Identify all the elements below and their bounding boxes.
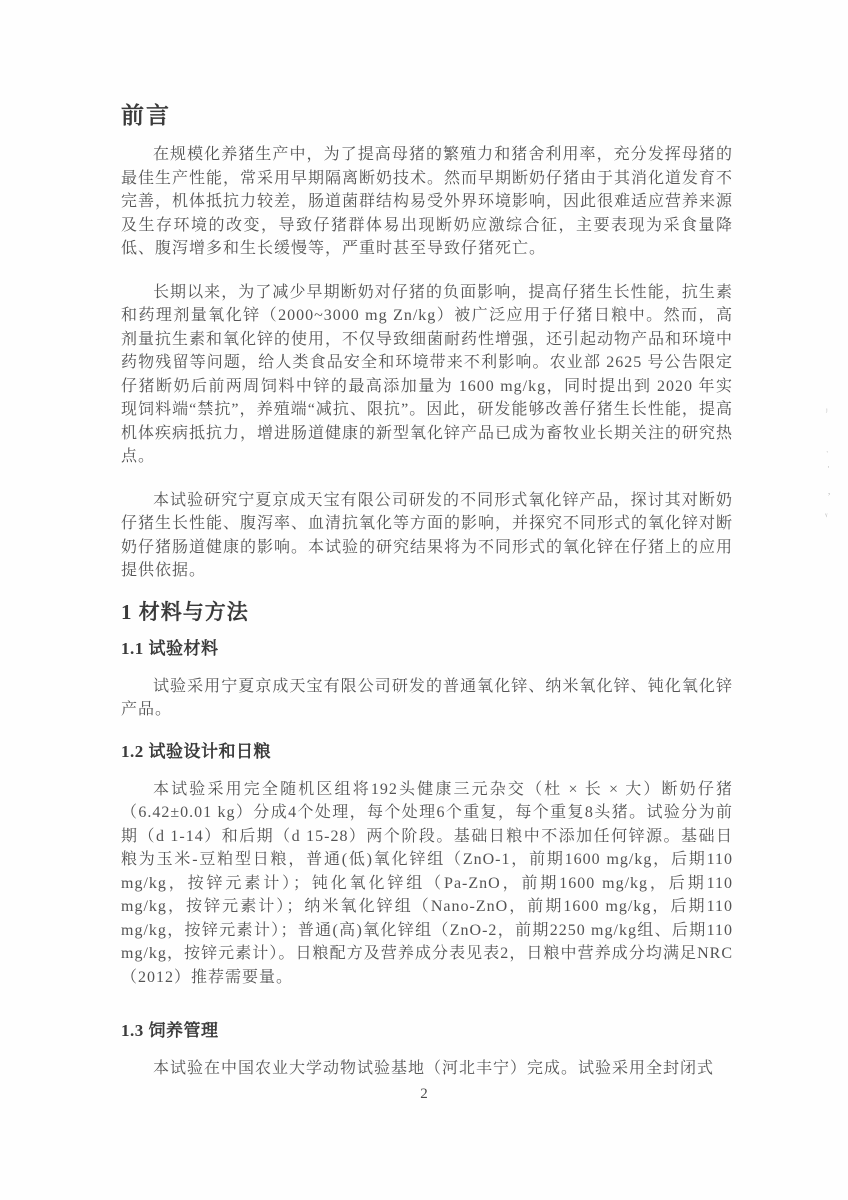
scan-artifact: ˑ: [826, 449, 829, 458]
scan-artifact: ·: [827, 463, 830, 472]
preface-paragraph-2: 长期以来，为了减少早期断奶对仔猪的负面影响，提高仔猪生长性能，抗生素和药理剂量氧…: [121, 281, 733, 469]
section-1-1-paragraph: 试验采用宁夏京成天宝有限公司研发的普通氧化锌、纳米氧化锌、钝化氧化锌产品。: [121, 675, 733, 722]
preface-paragraph-3: 本试验研究宁夏京成天宝有限公司研发的不同形式氧化锌产品，探讨其对断奶仔猪生长性能…: [121, 489, 733, 583]
preface-paragraph-1: 在规模化养猪生产中，为了提高母猪的繁殖力和猪舍利用率，充分发挥母猪的最佳生产性能…: [121, 143, 733, 261]
section-1-heading: 1 材料与方法: [121, 597, 733, 627]
scan-artifact: ᵧ: [825, 508, 827, 517]
section-1-3-paragraph: 本试验在中国农业大学动物试验基地（河北丰宁）完成。试验采用全封闭式: [121, 1057, 733, 1081]
section-1-1-heading: 1.1 试验材料: [121, 637, 733, 661]
page-number: 2: [0, 1086, 848, 1103]
section-1-2-heading: 1.2 试验设计和日粮: [121, 740, 733, 764]
document-content: 前言 在规模化养猪生产中，为了提高母猪的繁殖力和猪舍利用率，充分发挥母猪的最佳生…: [121, 100, 733, 1081]
preface-heading: 前言: [121, 100, 733, 132]
scan-artifact: ,: [828, 487, 830, 496]
section-1-2-paragraph: 本试验采用完全随机区组将192头健康三元杂交（杜 × 长 × 大）断奶仔猪（6.…: [121, 778, 733, 990]
section-1-3-heading: 1.3 饲养管理: [121, 1019, 733, 1043]
scan-artifact: ʲ: [826, 407, 827, 416]
document-page: 前言 在规模化养猪生产中，为了提高母猪的繁殖力和猪舍利用率，充分发挥母猪的最佳生…: [0, 0, 848, 1200]
